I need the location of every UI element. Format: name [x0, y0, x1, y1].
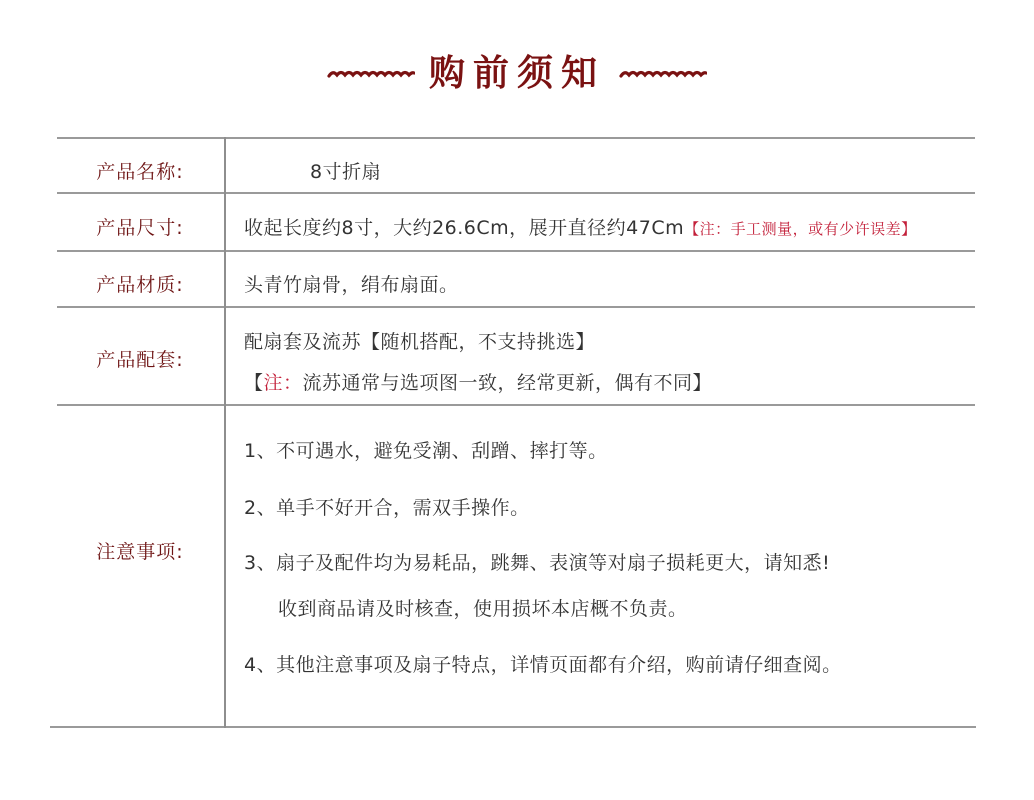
label-product-material: 产品材质: — [60, 270, 220, 297]
row-divider — [57, 192, 975, 194]
size-note: 【注：手工测量，或有少许误差】 — [684, 220, 917, 238]
label-product-accessories: 产品配套: — [60, 345, 220, 372]
note-open-bracket: 【 — [244, 372, 264, 394]
note-text: 流苏通常与选项图一致，经常更新，偶有不同】 — [303, 372, 713, 394]
value-product-size: 收起长度约8寸，大约26.6Cm，展开直径约47Cm【注：手工测量，或有少许误差… — [244, 213, 917, 240]
column-divider — [224, 137, 226, 728]
note-label: 注： — [264, 372, 303, 394]
label-product-name: 产品名称: — [60, 157, 220, 184]
page-title: 购前须知 — [429, 46, 605, 102]
row-divider — [57, 404, 975, 406]
notice-item: 3、扇子及配件均为易耗品，跳舞、表演等对扇子损耗更大，请知悉! — [244, 548, 830, 575]
notice-item: 2、单手不好开合，需双手操作。 — [244, 493, 530, 520]
label-notices: 注意事项: — [60, 537, 220, 564]
wave-decoration-right-icon — [619, 67, 707, 81]
accessories-note: 【注：流苏通常与选项图一致，经常更新，偶有不同】 — [244, 368, 712, 395]
value-product-accessories: 配扇套及流苏【随机搭配，不支持挑选】 — [244, 327, 595, 354]
notice-item: 1、不可遇水，避免受潮、刮蹭、摔打等。 — [244, 436, 608, 463]
value-product-material: 头青竹扇骨，绢布扇面。 — [244, 270, 459, 297]
wave-decoration-left-icon — [327, 67, 415, 81]
table-top-rule — [57, 137, 975, 139]
page-header: 购前须知 — [0, 46, 1034, 102]
notice-item: 4、其他注意事项及扇子特点，详情页面都有介绍，购前请仔细查阅。 — [244, 650, 842, 677]
row-divider — [57, 250, 975, 252]
table-bottom-rule — [50, 726, 976, 728]
value-product-name: 8寸折扇 — [310, 157, 381, 184]
size-text: 收起长度约8寸，大约26.6Cm，展开直径约47Cm — [244, 217, 684, 239]
label-product-size: 产品尺寸: — [60, 213, 220, 240]
notice-item-continuation: 收到商品请及时核查，使用损坏本店概不负责。 — [278, 594, 688, 621]
row-divider — [57, 306, 975, 308]
